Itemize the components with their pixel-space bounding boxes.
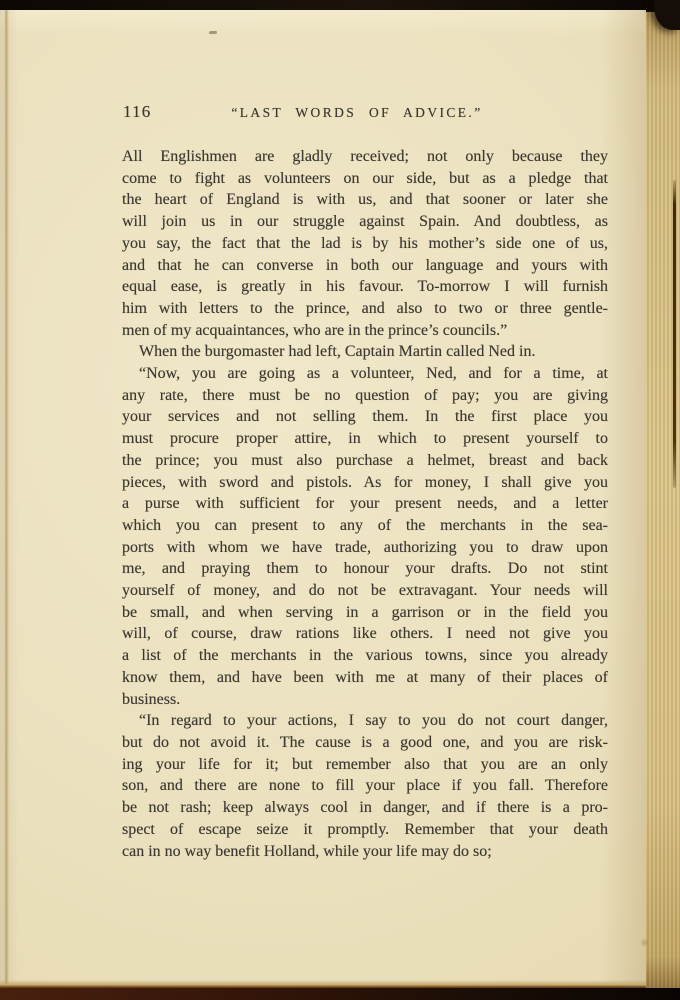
text-line: business. xyxy=(122,689,608,711)
ink-speck xyxy=(209,31,217,35)
text-line: your services and not selling them. In t… xyxy=(122,406,608,428)
text-line: will, of course, draw rations like other… xyxy=(122,623,608,645)
text-line: be small, and when serving in a garrison… xyxy=(122,602,608,624)
running-title: “LAST WORDS OF ADVICE.” xyxy=(122,105,592,121)
text-line: yourself of money, and do not be extrava… xyxy=(122,580,608,602)
paragraph: All Englishmen are gladly received; not … xyxy=(122,146,608,341)
text-line: know them, and have been with me at many… xyxy=(122,667,608,689)
text-line: the prince; you must also purchase a hel… xyxy=(122,450,608,472)
text-line: can in no way benefit Holland, while you… xyxy=(122,841,608,863)
text-line: pieces, with sword and pistols. As for m… xyxy=(122,472,608,494)
page-stack-fore-edge xyxy=(646,12,680,996)
text-line: ports with whom we have trade, authorizi… xyxy=(122,537,608,559)
fore-edge-dark-line xyxy=(673,180,676,488)
text-line: which you can present to any of the merc… xyxy=(122,515,608,537)
book-scan: 116 “LAST WORDS OF ADVICE.” All Englishm… xyxy=(0,0,680,1000)
text-line: When the burgomaster had left, Captain M… xyxy=(122,341,608,363)
text-line: be not rash; keep always cool in danger,… xyxy=(122,797,608,819)
text-line: son, and there are none to fill your pla… xyxy=(122,775,608,797)
text-line: me, and praying them to honour your draf… xyxy=(122,558,608,580)
text-line: and that he can converse in both our lan… xyxy=(122,255,608,277)
page-text: All Englishmen are gladly received; not … xyxy=(122,146,608,862)
text-line: ing your life for it; but remember also … xyxy=(122,754,608,776)
paper-smudge xyxy=(640,938,649,947)
text-line: a purse with sufficient for your present… xyxy=(122,493,608,515)
text-line: must procure proper attire, in which to … xyxy=(122,428,608,450)
text-line: spect of escape seize it promptly. Remem… xyxy=(122,819,608,841)
text-line: equal ease, is greatly in his favour. To… xyxy=(122,276,608,298)
text-line: but do not avoid it. The cause is a good… xyxy=(122,732,608,754)
text-line: the heart of England is with us, and tha… xyxy=(122,189,608,211)
text-line: any rate, there must be no question of p… xyxy=(122,385,608,407)
text-line: you say, the fact that the lad is by his… xyxy=(122,233,608,255)
scan-top-border xyxy=(0,0,680,10)
text-line: a list of the merchants in the various t… xyxy=(122,645,608,667)
text-line: All Englishmen are gladly received; not … xyxy=(122,146,608,168)
text-line: “In regard to your actions, I say to you… xyxy=(122,710,608,732)
paragraph: “In regard to your actions, I say to you… xyxy=(122,710,608,862)
text-line: him with letters to the prince, and also… xyxy=(122,298,608,320)
text-line: come to fight as volunteers on our side,… xyxy=(122,168,608,190)
text-line: will join us in our struggle against Spa… xyxy=(122,211,608,233)
scan-bottom-border xyxy=(0,988,680,1000)
text-line: “Now, you are going as a volunteer, Ned,… xyxy=(122,363,608,385)
paragraph: When the burgomaster had left, Captain M… xyxy=(122,341,608,363)
paragraph: “Now, you are going as a volunteer, Ned,… xyxy=(122,363,608,710)
text-line: men of my acquaintances, who are in the … xyxy=(122,320,608,342)
